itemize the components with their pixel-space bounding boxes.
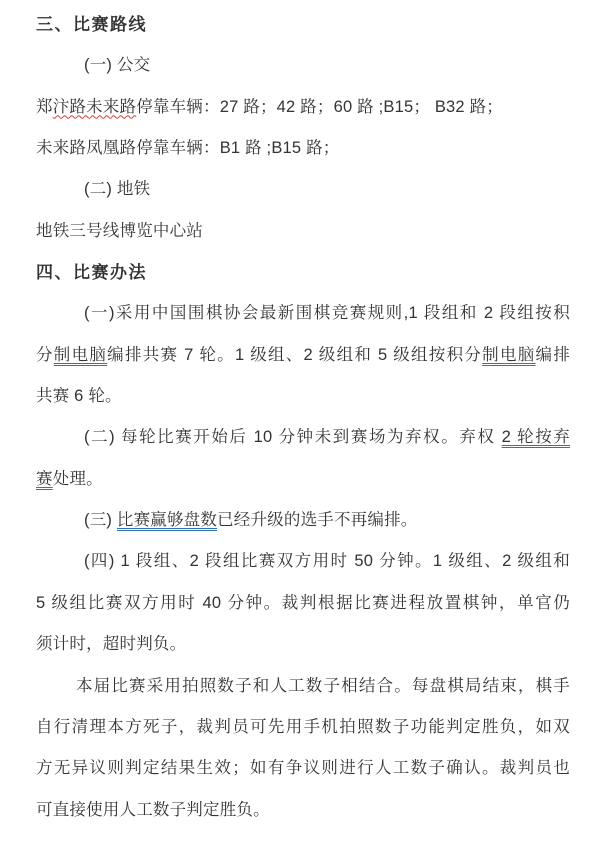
text-segment: (四) 1 段组、2 段组比赛双方用时 50 分钟。1 级组、2 级组和 [84, 552, 570, 570]
text-segment: 编排 [536, 346, 570, 364]
rule-1-line-3: 共赛 6 轮。 [36, 376, 570, 417]
text-segment: 本届比赛采用拍照数子和人工数子相结合。每盘棋局结束，棋手 [76, 677, 570, 695]
text-segment: 已经升级的选手不再编排。 [217, 511, 417, 529]
text-segment: 5 级组比赛双方用时 40 分钟。裁判根据比赛进程放置棋钟，单官仍 [36, 594, 570, 612]
text-segment: 分 [36, 346, 54, 364]
text-segment: (三) [84, 511, 117, 529]
rule-1-line-1: (一)采用中国围棋协会最新围棋竞赛规则,1 段组和 2 段组按积 [36, 293, 570, 334]
bus-route-line-1: 郑汴路未来路停靠车辆：27 路；42 路；60 路 ;B15； B32 路； [36, 87, 570, 128]
text-segment: (二) 地铁 [84, 180, 150, 198]
rule-3-line-1: (三) 比赛赢够盘数已经升级的选手不再编排。 [36, 500, 570, 541]
text-segment: 须计时，超时判负。 [36, 635, 186, 653]
document-page: 三、比赛路线(一) 公交郑汴路未来路停靠车辆：27 路；42 路；60 路 ;B… [0, 0, 604, 831]
counting-para-line-2: 自行清理本方死子，裁判员可先用手机拍照数子功能判定胜负，如双 [36, 707, 570, 748]
text-segment: 四、比赛办法 [36, 263, 147, 282]
subitem-2-subway: (二) 地铁 [36, 169, 570, 210]
rule-1-line-2: 分制电脑编排共赛 7 轮。1 级组、2 级组和 5 级组按积分制电脑编排 [36, 335, 570, 376]
grammar-marked-text: 2 轮按弃 [502, 428, 570, 446]
grammar-marked-text: 比赛赢够盘数 [117, 511, 217, 529]
counting-para-line-4: 可直接使用人工数子判定胜负。 [36, 790, 570, 831]
text-segment: 编排共赛 7 轮。1 级组、2 级组和 5 级组按积分 [107, 346, 482, 364]
rule-4-line-1: (四) 1 段组、2 段组比赛双方用时 50 分钟。1 级组、2 级组和 [36, 541, 570, 582]
rule-2-line-2: 赛处理。 [36, 459, 570, 500]
counting-para-line-3: 方无异议则判定结果生效；如有争议则进行人工数子确认。裁判员也 [36, 748, 570, 789]
text-segment: 停靠车辆：27 路；42 路；60 路 ;B15； B32 路； [136, 98, 503, 116]
subway-line: 地铁三号线博览中心站 [36, 211, 570, 252]
text-segment: (二) 每轮比赛开始后 10 分钟未到赛场为弃权。弃权 [84, 428, 502, 446]
text-segment: 地铁三号线博览中心站 [36, 222, 203, 240]
text-segment: 处理。 [53, 470, 103, 488]
text-segment: 共赛 6 轮。 [36, 387, 122, 405]
text-segment: 方无异议则判定结果生效；如有争议则进行人工数子确认。裁判员也 [36, 759, 570, 777]
document-body: 三、比赛路线(一) 公交郑汴路未来路停靠车辆：27 路；42 路；60 路 ;B… [36, 4, 570, 831]
text-segment: 三、比赛路线 [36, 15, 147, 34]
subitem-1-bus: (一) 公交 [36, 45, 570, 86]
grammar-marked-text: 赛 [36, 470, 53, 488]
text-segment: (一) 公交 [84, 56, 150, 74]
text-segment: 郑 [36, 98, 53, 116]
grammar-marked-text: 制电脑 [482, 346, 535, 364]
grammar-marked-text: 制电脑 [54, 346, 107, 364]
section-heading-3: 三、比赛路线 [36, 4, 570, 45]
text-segment: (一)采用中国围棋协会最新围棋竞赛规则,1 段组和 2 段组按积 [84, 304, 570, 322]
rule-4-line-3: 须计时，超时判负。 [36, 624, 570, 665]
text-segment: 自行清理本方死子，裁判员可先用手机拍照数子功能判定胜负，如双 [36, 718, 570, 736]
bus-route-line-2: 未来路凤凰路停靠车辆：B1 路 ;B15 路； [36, 128, 570, 169]
rule-2-line-1: (二) 每轮比赛开始后 10 分钟未到赛场为弃权。弃权 2 轮按弃 [36, 417, 570, 458]
spellcheck-marked-text: 汴路未来路 [53, 98, 137, 116]
text-segment: 可直接使用人工数子判定胜负。 [36, 801, 270, 819]
section-heading-4: 四、比赛办法 [36, 252, 570, 293]
text-segment: 未来路凤凰路停靠车辆：B1 路 ;B15 路； [36, 139, 339, 157]
rule-4-line-2: 5 级组比赛双方用时 40 分钟。裁判根据比赛进程放置棋钟，单官仍 [36, 583, 570, 624]
counting-para-line-1: 本届比赛采用拍照数子和人工数子相结合。每盘棋局结束，棋手 [36, 666, 570, 707]
